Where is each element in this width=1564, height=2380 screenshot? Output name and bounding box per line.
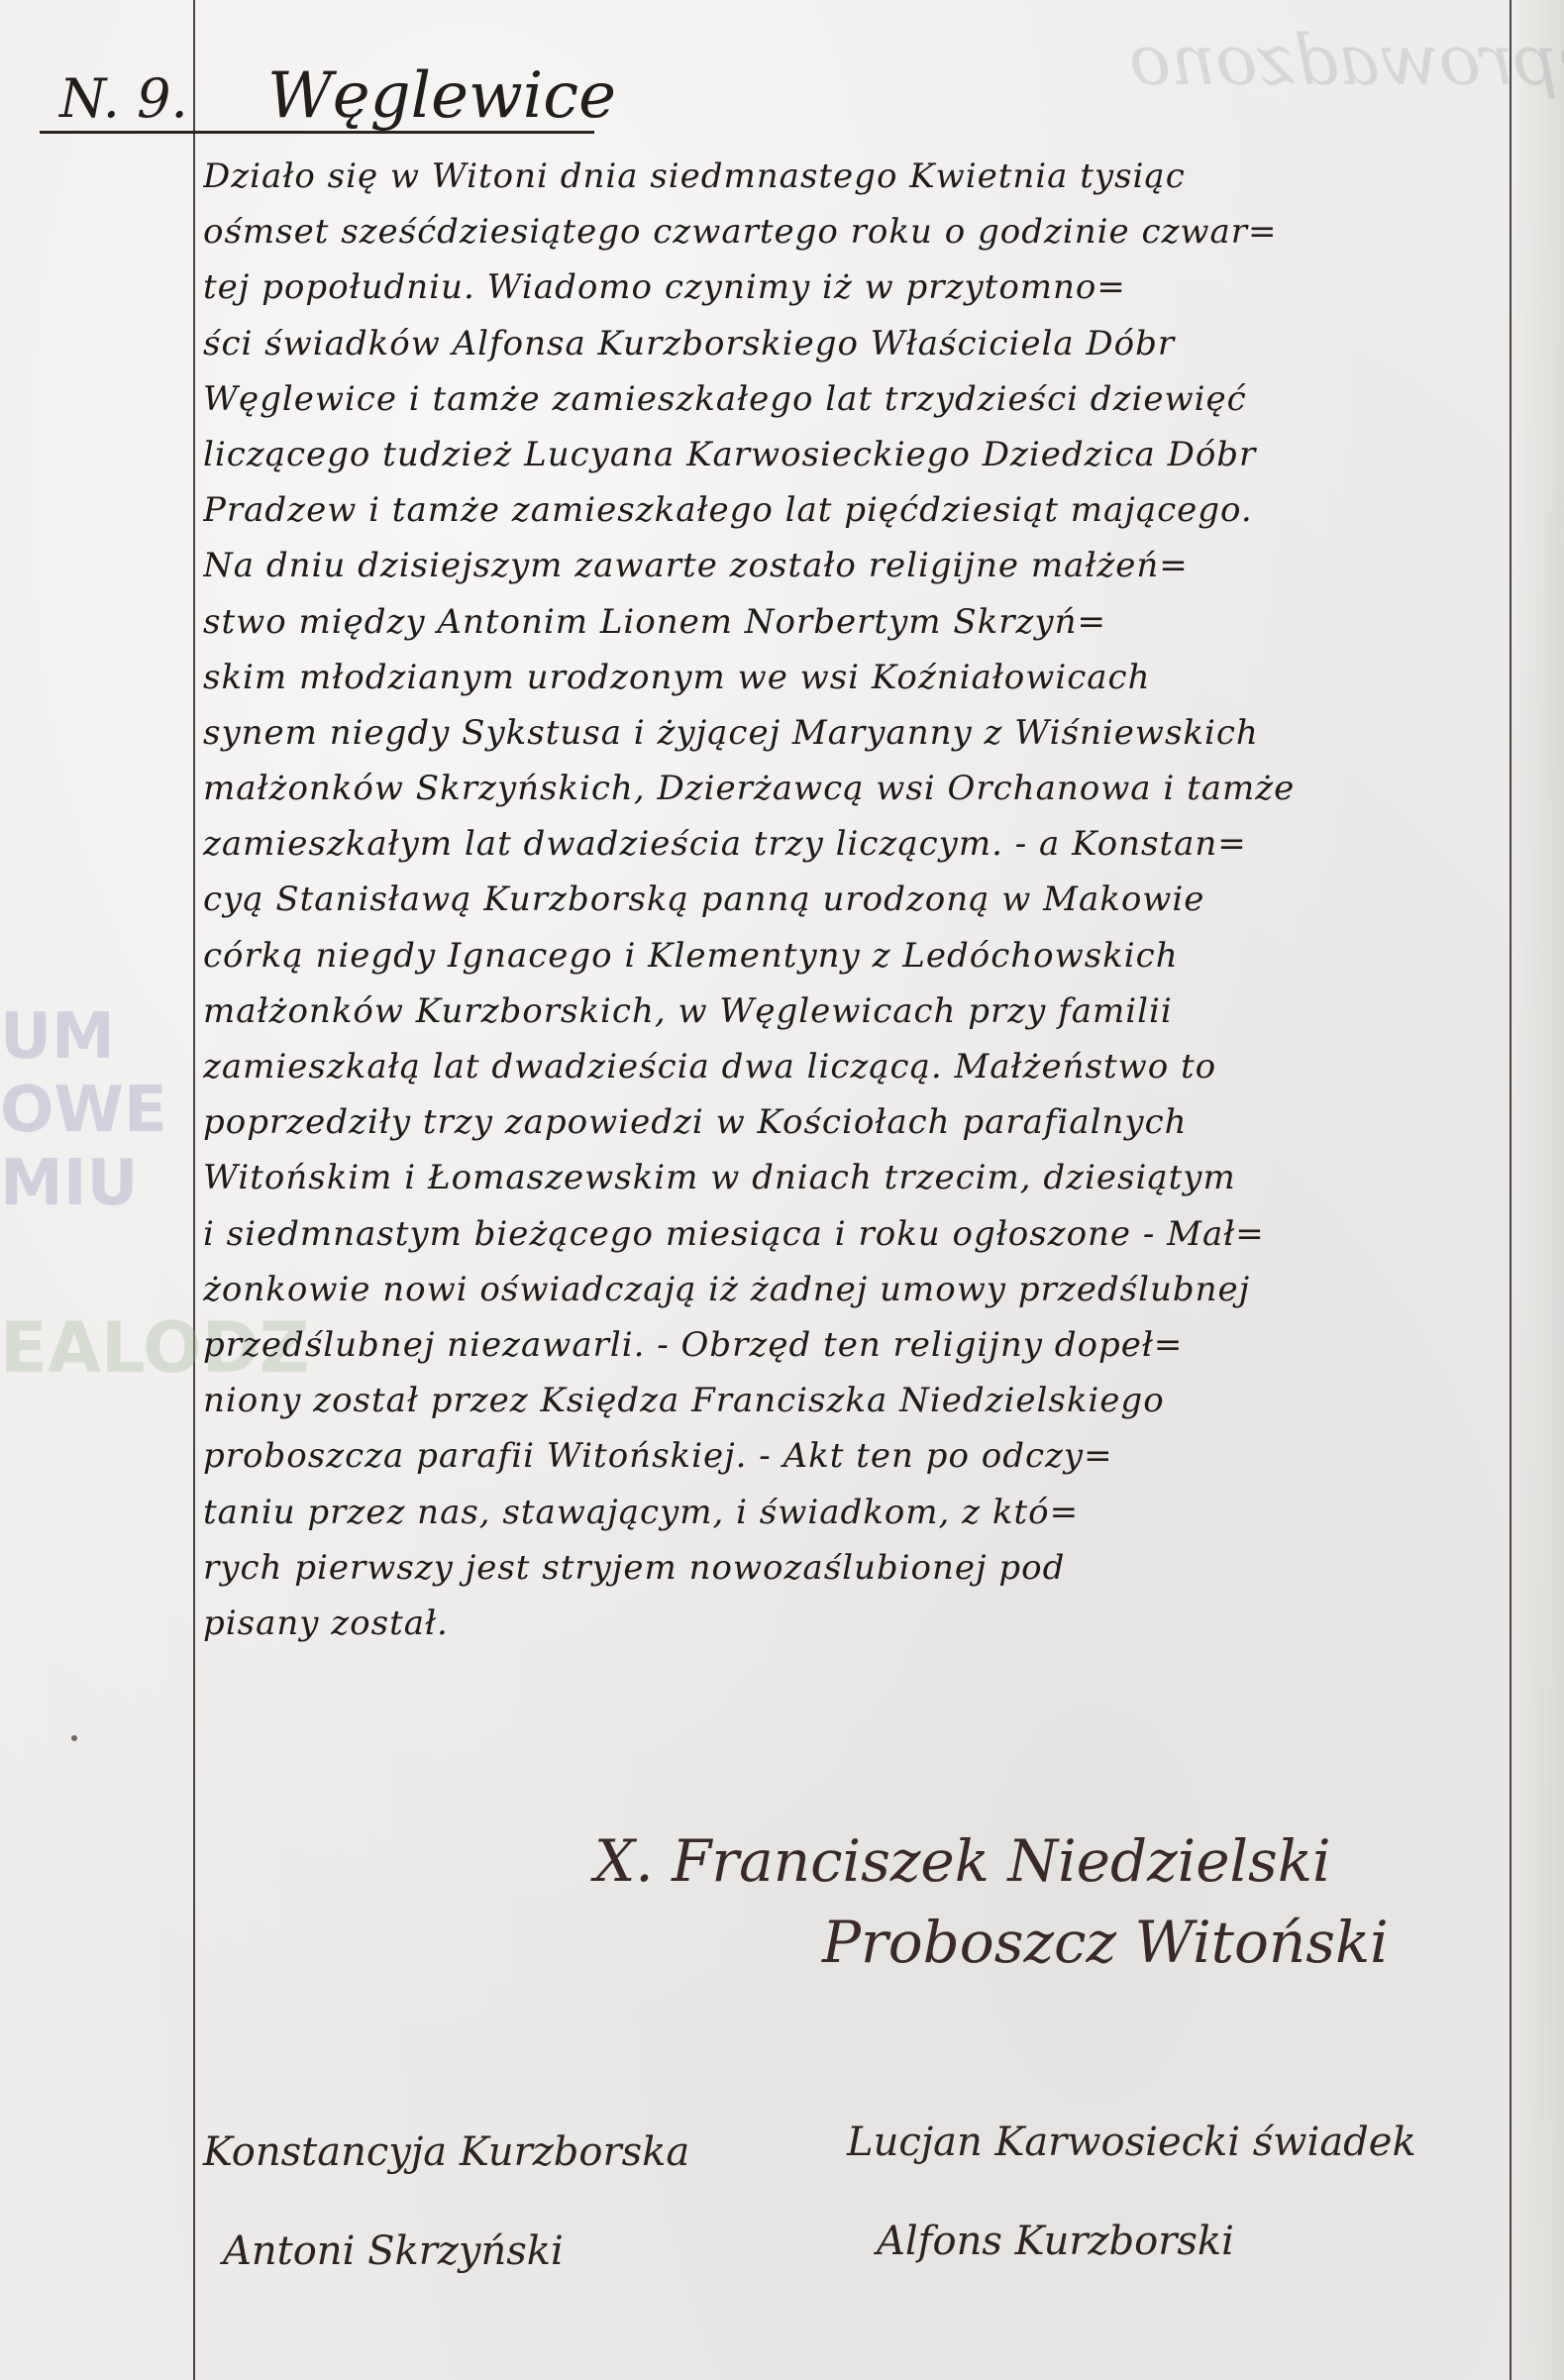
watermark-line: UM bbox=[0, 1000, 167, 1074]
body-line: ośmset sześćdziesiątego czwartego roku o… bbox=[203, 204, 1501, 259]
body-line: synem niegdy Sykstusa i żyjącej Maryanny… bbox=[203, 705, 1501, 761]
priest-name: X. Franciszek Niedzielski bbox=[594, 1827, 1389, 1895]
body-line: małżonków Kurzborskich, w Węglewicach pr… bbox=[203, 983, 1501, 1039]
groom-signature: Antoni Skrzyński bbox=[223, 2228, 564, 2274]
body-line: zamieszkałym lat dwadzieścia trzy licząc… bbox=[203, 816, 1501, 872]
watermark-line: OWE bbox=[0, 1074, 167, 1147]
margin-ink-dot bbox=[71, 1735, 77, 1741]
body-line: ści świadków Alfonsa Kurzborskiego Właśc… bbox=[203, 316, 1501, 371]
body-line: małżonków Skrzyńskich, Dzierżawcą wsi Or… bbox=[203, 761, 1501, 816]
body-line: pisany został. bbox=[203, 1596, 1501, 1651]
bleedthrough-text: Przeprowadzono bbox=[1129, 20, 1564, 101]
witness-signature: Lucjan Karwosiecki świadek bbox=[847, 2120, 1416, 2165]
body-line: Działo się w Witoni dnia siedmnastego Kw… bbox=[203, 149, 1501, 204]
signature-row: Antoni Skrzyński Alfons Kurzborski bbox=[203, 2209, 1491, 2298]
record-place: Węglewice bbox=[267, 59, 616, 133]
body-line: żonkowie nowi oświadczają iż żadnej umow… bbox=[203, 1262, 1501, 1317]
body-line: Pradzew i tamże zamieszkałego lat pięćdz… bbox=[203, 482, 1501, 538]
header-underline bbox=[40, 131, 594, 134]
body-line: cyą Stanisławą Kurzborską panną urodzoną… bbox=[203, 872, 1501, 927]
body-line: proboszcza parafii Witońskiej. - Akt ten… bbox=[203, 1428, 1501, 1484]
body-line: Na dniu dzisiejszym zawarte zostało reli… bbox=[203, 538, 1501, 593]
witness-signature: Alfons Kurzborski bbox=[877, 2219, 1234, 2264]
watermark-line: MIU bbox=[0, 1147, 167, 1220]
signature-row: Konstancyja Kurzborska Lucjan Karwosieck… bbox=[203, 2120, 1491, 2209]
body-line: i siedmnastym bieżącego miesiąca i roku … bbox=[203, 1206, 1501, 1262]
record-body: Działo się w Witoni dnia siedmnastego Kw… bbox=[203, 149, 1501, 1651]
priest-title: Proboszcz Witoński bbox=[822, 1909, 1389, 1976]
body-line: niony został przez Księdza Franciszka Ni… bbox=[203, 1373, 1501, 1428]
body-line: liczącego tudzież Lucyana Karwosieckiego… bbox=[203, 427, 1501, 482]
document-page: Przeprowadzono N. 9. Węglewice UM OWE MI… bbox=[0, 0, 1564, 2380]
right-margin-rule bbox=[1510, 0, 1512, 2380]
body-line: tej popołudniu. Wiadomo czynimy iż w prz… bbox=[203, 259, 1501, 315]
body-line: stwo między Antonim Lionem Norbertym Skr… bbox=[203, 594, 1501, 650]
page-edge-shadow bbox=[1512, 0, 1564, 2380]
bride-signature: Konstancyja Kurzborska bbox=[203, 2129, 689, 2175]
body-line: rych pierwszy jest stryjem nowozaślubion… bbox=[203, 1540, 1501, 1596]
body-line: córką niegdy Ignacego i Klementyny z Led… bbox=[203, 928, 1501, 983]
party-signatures: Konstancyja Kurzborska Lucjan Karwosieck… bbox=[203, 2120, 1491, 2298]
record-header: N. 9. Węglewice bbox=[40, 59, 614, 139]
record-number: N. 9. bbox=[59, 67, 188, 130]
body-line: poprzedziły trzy zapowiedzi w Kościołach… bbox=[203, 1094, 1501, 1150]
priest-signature: X. Franciszek Niedzielski Proboszcz Wito… bbox=[594, 1827, 1389, 1976]
body-line: Węglewice i tamże zamieszkałego lat trzy… bbox=[203, 371, 1501, 427]
body-line: taniu przez nas, stawającym, i świadkom,… bbox=[203, 1485, 1501, 1540]
body-line: Witońskim i Łomaszewskim w dniach trzeci… bbox=[203, 1150, 1501, 1205]
left-margin-rule bbox=[193, 0, 195, 2380]
watermark-archive: UM OWE MIU bbox=[0, 1000, 167, 1220]
body-line: skim młodzianym urodzonym we wsi Koźniał… bbox=[203, 650, 1501, 705]
body-line: zamieszkałą lat dwadzieścia dwa liczącą.… bbox=[203, 1039, 1501, 1094]
body-line: przedślubnej niezawarli. - Obrzęd ten re… bbox=[203, 1317, 1501, 1373]
